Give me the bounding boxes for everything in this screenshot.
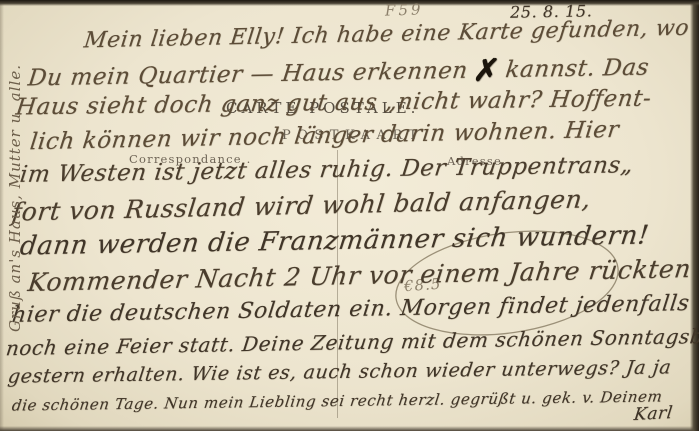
x-mark: ✗ [472,53,502,89]
scan-edge-bottom [0,426,699,431]
margin-note-vertical: Gruß an's Haus, Mutter u. alle. [6,64,24,332]
handwriting-line-part: kannst. Das [504,55,651,84]
pencil-catalog-code: F59 [385,0,424,19]
handwriting-line-part: Du mein Quartier — Haus erkennen [27,58,470,92]
scan-edge-right [690,0,699,431]
scan-edge-top [0,0,699,6]
postcard-scan: CARTE POSTALE. POSTKAART Correspondance … [0,0,699,431]
scan-edge-left [0,0,4,431]
signature: Karl [633,403,674,425]
